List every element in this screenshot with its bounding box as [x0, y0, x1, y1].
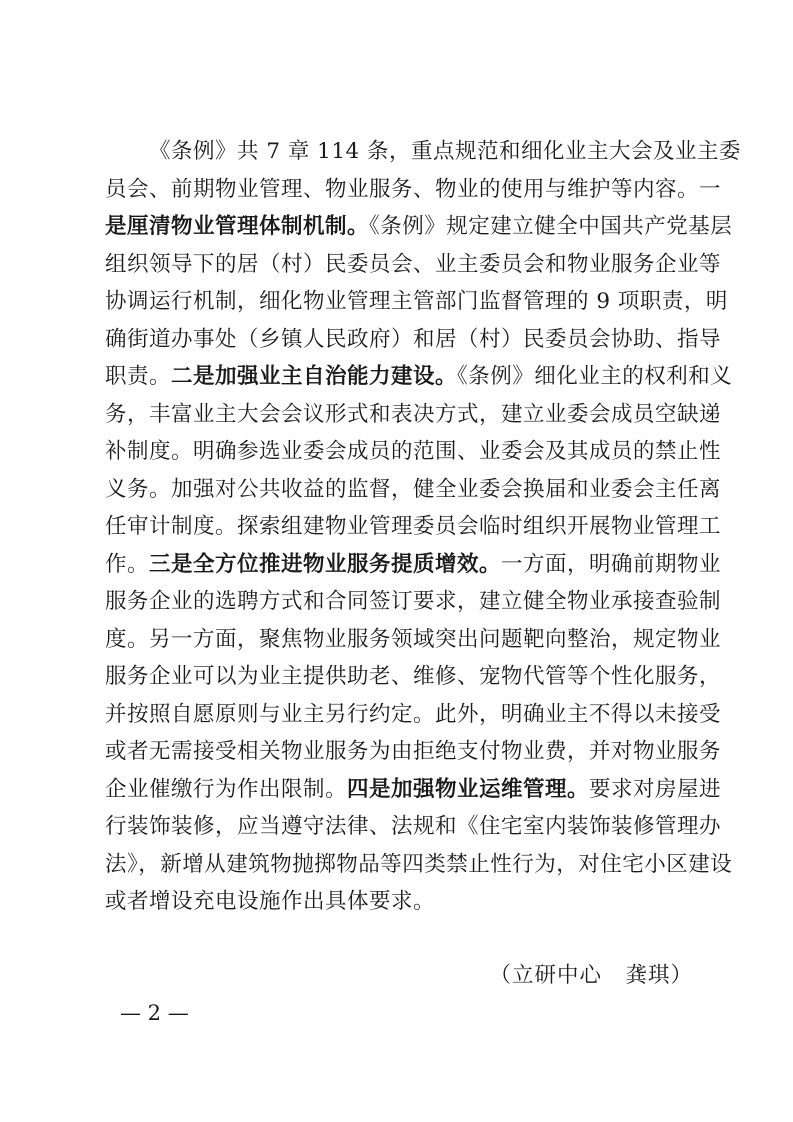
text-line: 法》，新增从建筑物抛掷物品等四类禁止性行为，对住宅小区建设 — [105, 846, 693, 884]
text-line: 作。三是全方位推进物业服务提质增效。一方面，明确前期物业 — [105, 546, 693, 584]
text-segment: 《条例》共 7 章 114 条，重点规范和细化业主大会及业主委 — [149, 139, 741, 164]
emphasis-heading: 四是加强物业运维管理。 — [347, 777, 589, 802]
text-segment: 务，丰富业主大会会议形式和表决方式，建立业委会成员空缺递 — [105, 402, 721, 427]
text-segment: 并按照自愿原则与业主另行约定。此外，明确业主不得以未接受 — [105, 702, 721, 727]
text-line: 度。另一方面，聚焦物业服务领域突出问题靶向整治，规定物业 — [105, 621, 693, 659]
text-line: 补制度。明确参选业委会成员的范围、业委会及其成员的禁止性 — [105, 433, 693, 471]
emphasis-heading: 是厘清物业管理体制机制。 — [105, 214, 369, 239]
text-line: 确街道办事处（乡镇人民政府）和居（村）民委员会协助、指导 — [105, 321, 693, 359]
text-segment: 员会、前期物业管理、物业服务、物业的使用与维护等内容。一 — [105, 177, 721, 202]
text-segment: 任审计制度。探索组建物业管理委员会临时组织开展物业管理工 — [105, 514, 721, 539]
page-number: — 2 — — [120, 995, 189, 1033]
text-segment: 法》，新增从建筑物抛掷物品等四类禁止性行为，对住宅小区建设 — [105, 852, 732, 877]
text-line: 义务。加强对公共收益的监督，健全业委会换届和业委会主任离 — [105, 471, 693, 509]
text-line: 员会、前期物业管理、物业服务、物业的使用与维护等内容。一 — [105, 171, 693, 209]
text-segment: 或者无需接受相关物业服务为由拒绝支付物业费，并对物业服务 — [105, 739, 721, 764]
emphasis-heading: 二是加强业主自治能力建设。 — [171, 364, 457, 389]
text-segment: 协调运行机制，细化物业管理主管部门监督管理的 9 项职责，明 — [105, 289, 728, 314]
text-line: 行装饰装修，应当遵守法律、法规和《住宅室内装饰装修管理办 — [105, 808, 693, 846]
body-paragraph: 《条例》共 7 章 114 条，重点规范和细化业主大会及业主委员会、前期物业管理… — [105, 133, 693, 921]
text-segment: 一方面，明确前期物业 — [501, 552, 721, 577]
text-line: 是厘清物业管理体制机制。《条例》规定建立健全中国共产党基层 — [105, 208, 693, 246]
text-line: 组织领导下的居（村）民委员会、业主委员会和物业服务企业等 — [105, 246, 693, 284]
text-segment: 作。 — [105, 552, 149, 577]
text-line: 务，丰富业主大会会议形式和表决方式，建立业委会成员空缺递 — [105, 396, 693, 434]
text-line: 企业催缴行为作出限制。四是加强物业运维管理。要求对房屋进 — [105, 771, 693, 809]
text-line: 或者增设充电设施作出具体要求。 — [105, 883, 693, 921]
text-segment: 服务企业的选聘方式和合同签订要求，建立健全物业承接查验制 — [105, 589, 721, 614]
text-line: 职责。二是加强业主自治能力建设。《条例》细化业主的权利和义 — [105, 358, 693, 396]
text-segment: 《条例》细化业主的权利和义 — [457, 364, 732, 389]
text-segment: 行装饰装修，应当遵守法律、法规和《住宅室内装饰装修管理办 — [105, 814, 721, 839]
text-line: 协调运行机制，细化物业管理主管部门监督管理的 9 项职责，明 — [105, 283, 693, 321]
emphasis-heading: 三是全方位推进物业服务提质增效。 — [149, 552, 501, 577]
text-segment: 度。另一方面，聚焦物业服务领域突出问题靶向整治，规定物业 — [105, 627, 721, 652]
text-line: 并按照自愿原则与业主另行约定。此外，明确业主不得以未接受 — [105, 696, 693, 734]
text-segment: 组织领导下的居（村）民委员会、业主委员会和物业服务企业等 — [105, 252, 721, 277]
text-line: 《条例》共 7 章 114 条，重点规范和细化业主大会及业主委 — [105, 133, 693, 171]
document-page: 《条例》共 7 章 114 条，重点规范和细化业主大会及业主委员会、前期物业管理… — [0, 0, 793, 1122]
text-segment: 或者增设充电设施作出具体要求。 — [105, 889, 435, 914]
text-segment: 企业催缴行为作出限制。 — [105, 777, 347, 802]
text-segment: 服务企业可以为业主提供助老、维修、宠物代管等个性化服务， — [105, 664, 721, 689]
text-line: 任审计制度。探索组建物业管理委员会临时组织开展物业管理工 — [105, 508, 693, 546]
text-segment: 补制度。明确参选业委会成员的范围、业委会及其成员的禁止性 — [105, 439, 721, 464]
text-segment: 职责。 — [105, 364, 171, 389]
text-segment: 确街道办事处（乡镇人民政府）和居（村）民委员会协助、指导 — [105, 327, 721, 352]
text-segment: 要求对房屋进 — [589, 777, 721, 802]
text-line: 服务企业的选聘方式和合同签订要求，建立健全物业承接查验制 — [105, 583, 693, 621]
text-line: 服务企业可以为业主提供助老、维修、宠物代管等个性化服务， — [105, 658, 693, 696]
author-signature: （立研中心 龚琪） — [489, 957, 693, 995]
text-line: 或者无需接受相关物业服务为由拒绝支付物业费，并对物业服务 — [105, 733, 693, 771]
text-segment: 义务。加强对公共收益的监督，健全业委会换届和业委会主任离 — [105, 477, 721, 502]
text-segment: 《条例》规定建立健全中国共产党基层 — [369, 214, 732, 239]
